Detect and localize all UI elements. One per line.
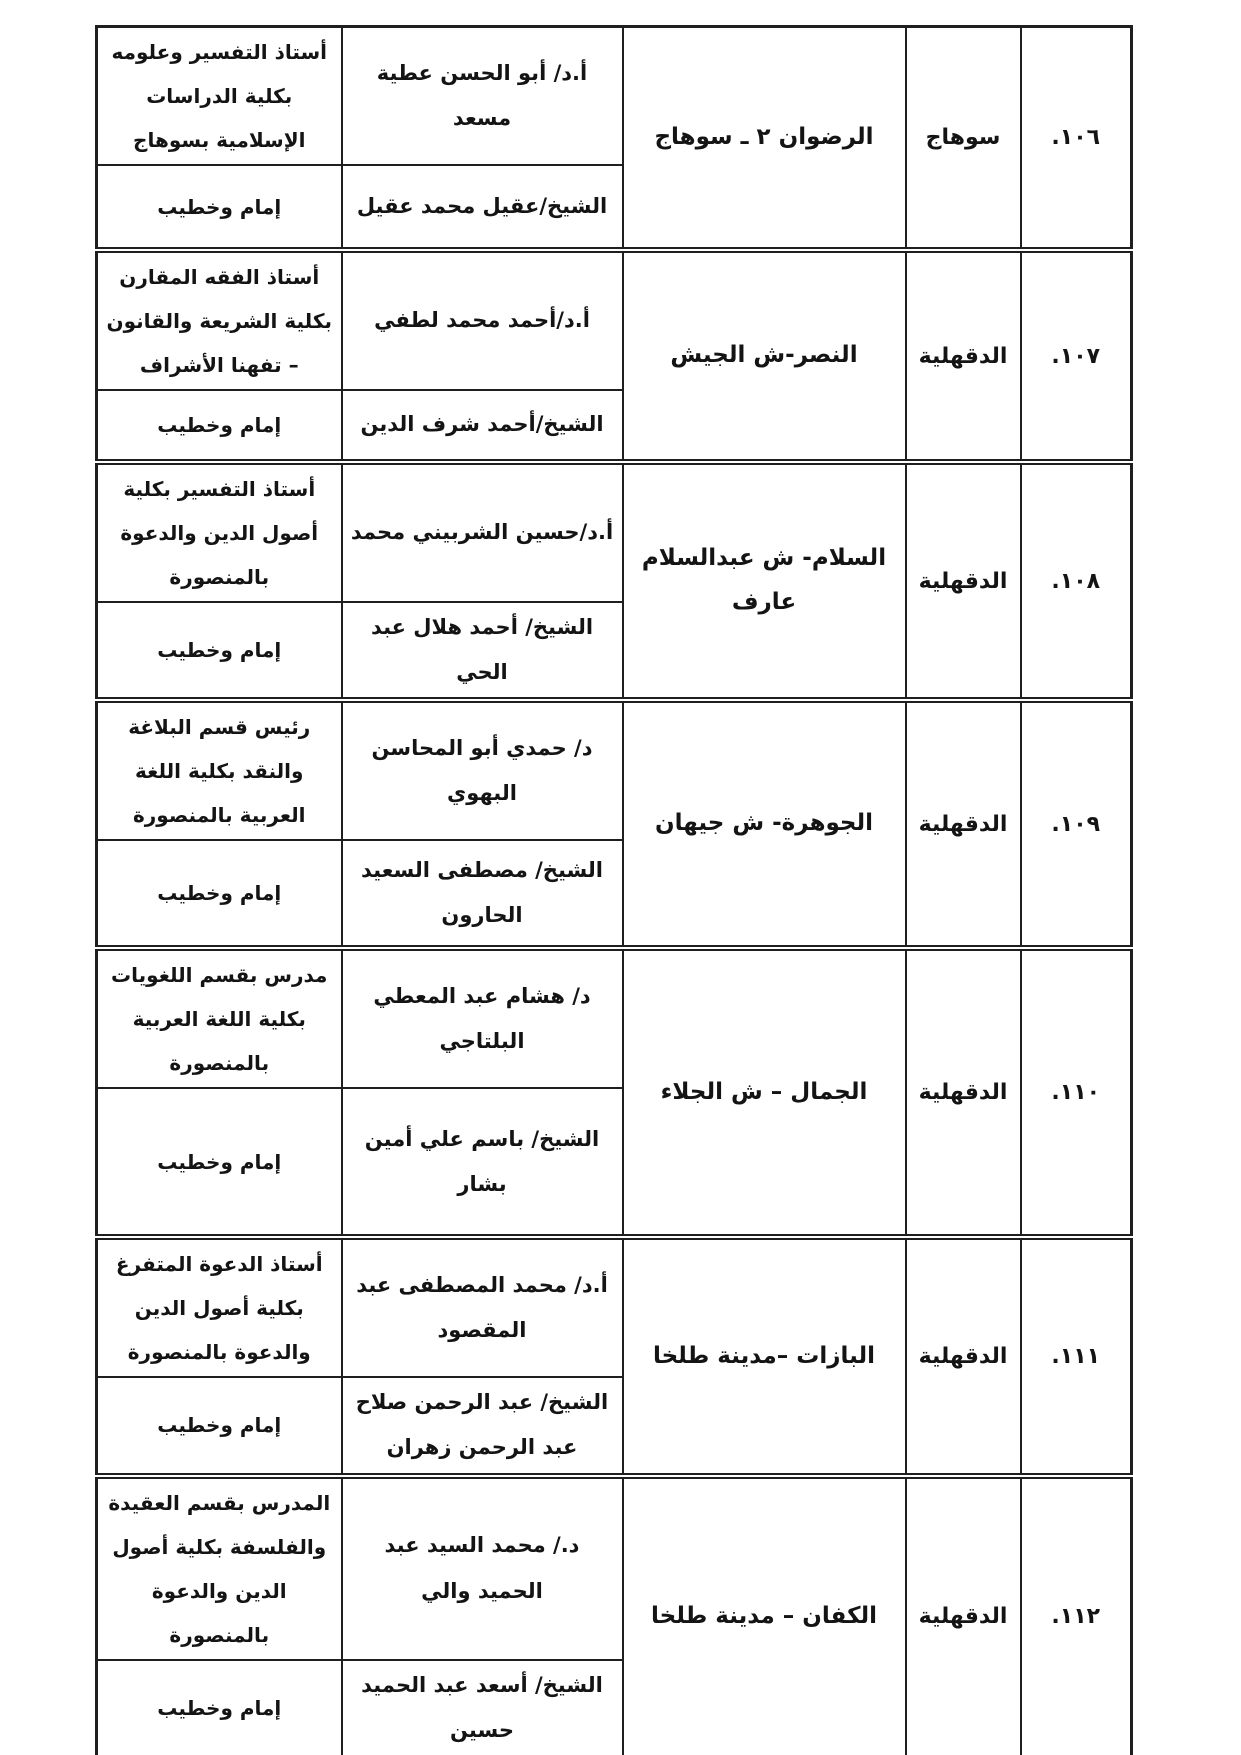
imam-title-cell: إمام وخطيب [97,1660,342,1755]
imam-title-cell: إمام وخطيب [97,602,342,700]
imam-title-cell: إمام وخطيب [97,390,342,462]
row-number-cell: ١٠٩. [1021,700,1132,948]
table-container: ١٠٦. سوهاج الرضوان ٢ ـ سوهاج أ.د/ أبو ال… [95,25,1133,1755]
row-number-cell: ١١٠. [1021,948,1132,1237]
imams-assignments-table: ١٠٦. سوهاج الرضوان ٢ ـ سوهاج أ.د/ أبو ال… [95,25,1133,1755]
mosque-cell: البازات –مدينة طلخا [623,1237,906,1475]
imam-name-cell: الشيخ/ عبد الرحمن صلاح عبد الرحمن زهران [342,1377,623,1475]
mosque-cell: الجمال – ش الجلاء [623,948,906,1237]
table-row: ١١١. الدقهلية البازات –مدينة طلخا أ.د/ م… [97,1237,1132,1377]
professor-title-cell: أستاذ التفسير بكلية أصول الدين والدعوة ب… [97,462,342,602]
governorate-cell: الدقهلية [906,700,1021,948]
imam-name-cell: الشيخ/ أسعد عبد الحميد حسين [342,1660,623,1755]
mosque-cell: السلام- ش عبدالسلام عارف [623,462,906,700]
professor-name-cell: د./ محمد السيد عبد الحميد والي [342,1476,623,1660]
professor-title-cell: رئيس قسم البلاغة والنقد بكلية اللغة العر… [97,700,342,840]
professor-name-cell: د/ حمدي أبو المحاسن البهوي [342,700,623,840]
governorate-cell: الدقهلية [906,1237,1021,1475]
mosque-cell: الجوهرة- ش جيهان [623,700,906,948]
table-row: ١٠٩. الدقهلية الجوهرة- ش جيهان د/ حمدي أ… [97,700,1132,840]
table-row: ١١٢. الدقهلية الكفان – مدينة طلخا د./ مح… [97,1476,1132,1660]
professor-title-cell: مدرس بقسم اللغويات بكلية اللغة العربية ب… [97,948,342,1088]
governorate-cell: سوهاج [906,27,1021,251]
imam-name-cell: الشيخ/أحمد شرف الدين [342,390,623,462]
governorate-cell: الدقهلية [906,250,1021,462]
row-number-cell: ١١١. [1021,1237,1132,1475]
mosque-cell: الكفان – مدينة طلخا [623,1476,906,1755]
table-row: ١٠٧. الدقهلية النصر-ش الجيش أ.د/أحمد محم… [97,250,1132,390]
imam-name-cell: الشيخ/ أحمد هلال عبد الحي [342,602,623,700]
imam-name-cell: الشيخ/ مصطفى السعيد الحارون [342,840,623,948]
professor-name-cell: أ.د/أحمد محمد لطفي [342,250,623,390]
mosque-cell: النصر-ش الجيش [623,250,906,462]
row-number-cell: ١٠٦. [1021,27,1132,251]
professor-name-cell: أ.د/ محمد المصطفى عبد المقصود [342,1237,623,1377]
mosque-cell: الرضوان ٢ ـ سوهاج [623,27,906,251]
professor-name-cell: أ.د/حسين الشربيني محمد [342,462,623,602]
professor-title-cell: المدرس بقسم العقيدة والفلسفة بكلية أصول … [97,1476,342,1660]
row-number-cell: ١١٢. [1021,1476,1132,1755]
governorate-cell: الدقهلية [906,1476,1021,1755]
imam-title-cell: إمام وخطيب [97,1088,342,1237]
governorate-cell: الدقهلية [906,948,1021,1237]
professor-title-cell: أستاذ الدعوة المتفرغ بكلية أصول الدين وا… [97,1237,342,1377]
table-row: ١٠٨. الدقهلية السلام- ش عبدالسلام عارف أ… [97,462,1132,602]
governorate-cell: الدقهلية [906,462,1021,700]
imam-title-cell: إمام وخطيب [97,840,342,948]
table-row: ١٠٦. سوهاج الرضوان ٢ ـ سوهاج أ.د/ أبو ال… [97,27,1132,166]
imam-title-cell: إمام وخطيب [97,1377,342,1475]
imam-title-cell: إمام وخطيب [97,165,342,250]
imam-name-cell: الشيخ/عقيل محمد عقيل [342,165,623,250]
professor-title-cell: أستاذ الفقه المقارن بكلية الشريعة والقان… [97,250,342,390]
imam-name-cell: الشيخ/ باسم علي أمين بشار [342,1088,623,1237]
professor-title-cell: أستاذ التفسير وعلومه بكلية الدراسات الإس… [97,27,342,166]
document-page: ١٠٦. سوهاج الرضوان ٢ ـ سوهاج أ.د/ أبو ال… [0,0,1241,1755]
professor-name-cell: د/ هشام عبد المعطي البلتاجي [342,948,623,1088]
table-row: ١١٠. الدقهلية الجمال – ش الجلاء د/ هشام … [97,948,1132,1088]
row-number-cell: ١٠٧. [1021,250,1132,462]
professor-name-cell: أ.د/ أبو الحسن عطية مسعد [342,27,623,166]
row-number-cell: ١٠٨. [1021,462,1132,700]
